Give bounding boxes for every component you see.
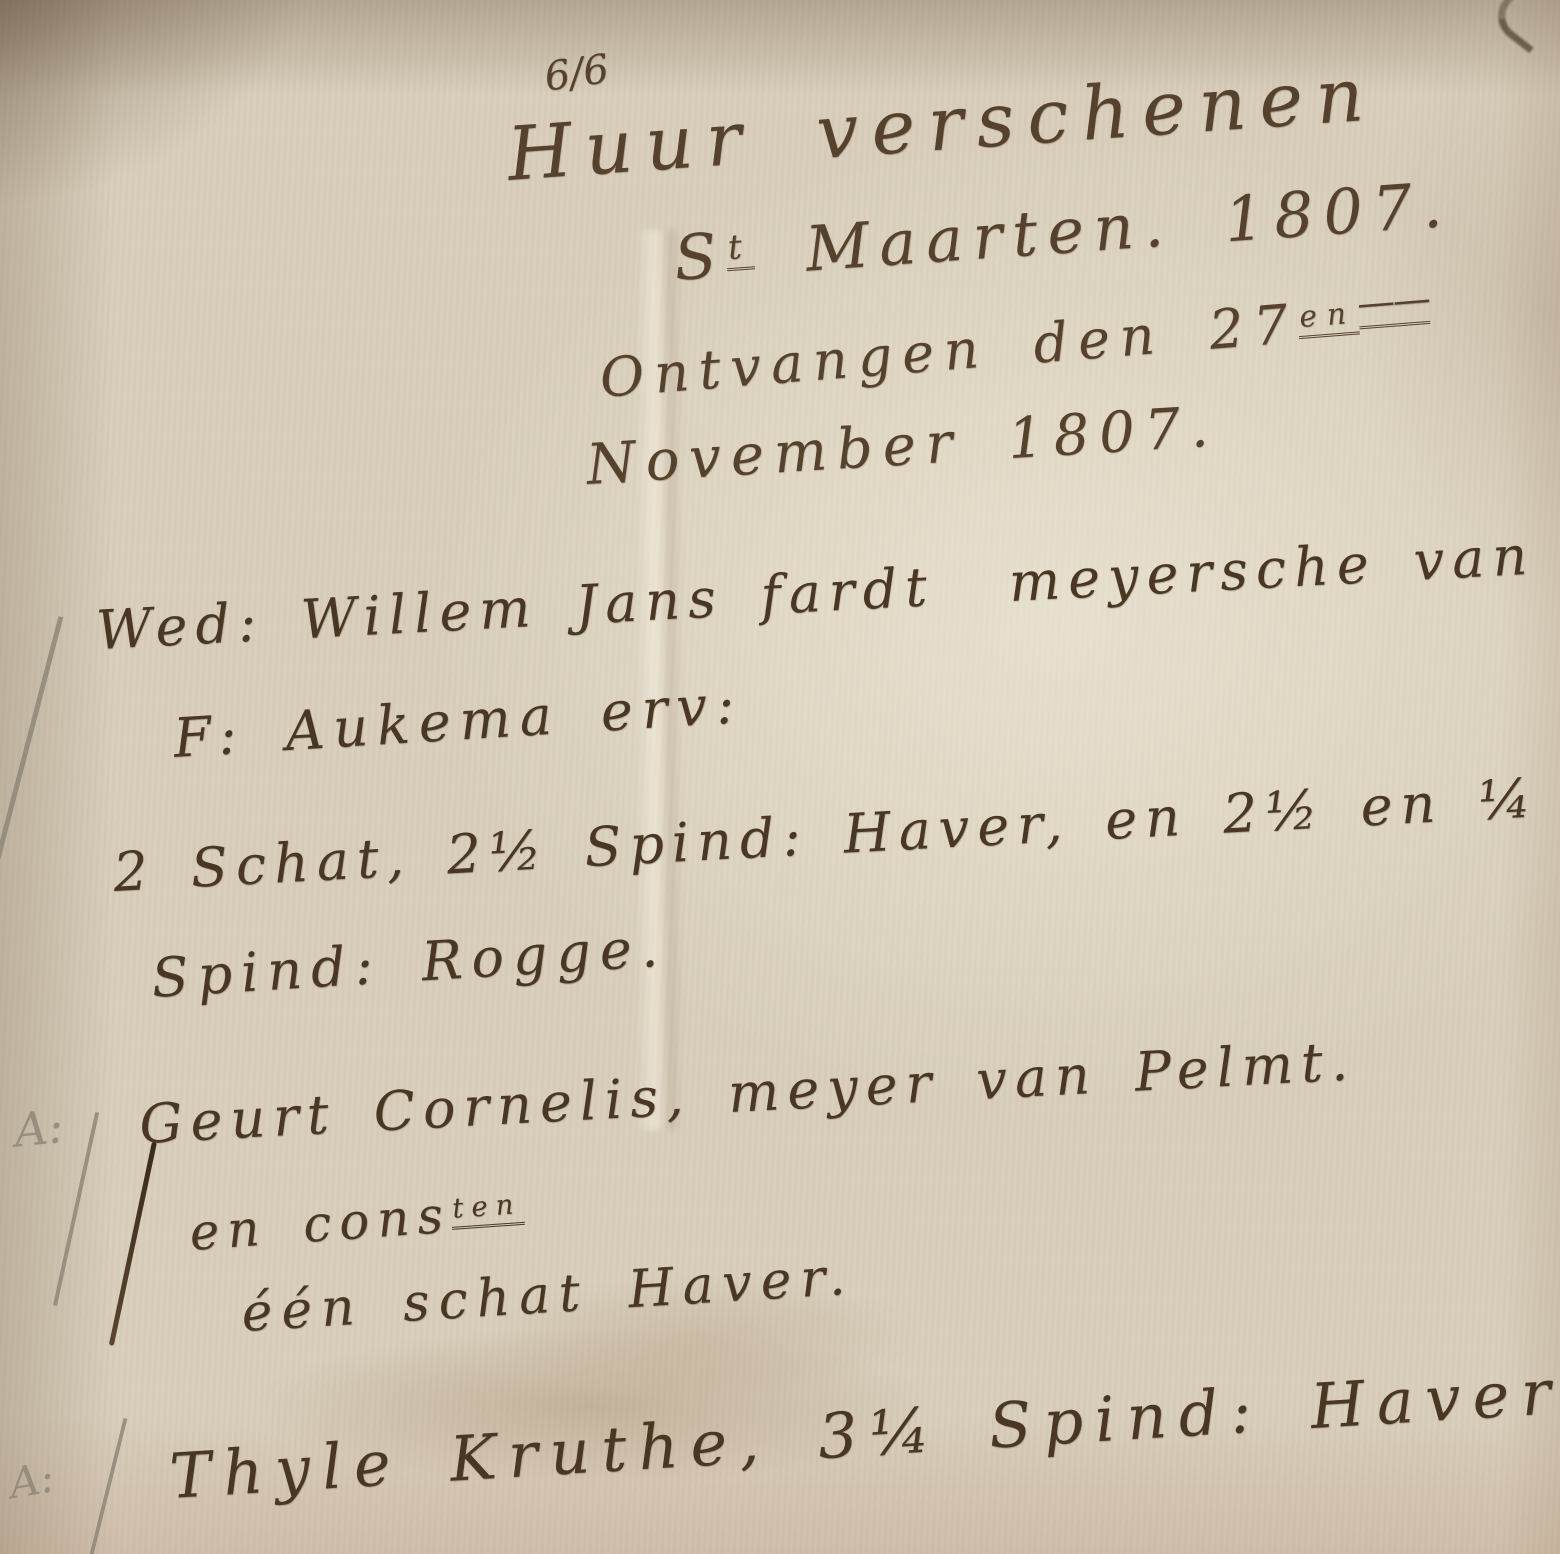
manuscript-page: 6/6 Huur verschenen St Maarten. 1807. On… xyxy=(0,0,1560,1554)
entry-2-line-1: Geurt Cornelis, meyer van Pelmt. xyxy=(138,1034,1357,1152)
entry-3-margin-stroke: | xyxy=(83,1406,136,1554)
header-line-3-text: Ontvangen den 27 xyxy=(598,292,1301,410)
entry-1-line-4: Spind: Rogge. xyxy=(150,921,668,1006)
header-line-2-rest: Maarten. 1807. xyxy=(752,168,1455,290)
folio-mark: 6/6 xyxy=(542,49,611,98)
entry-2-margin-mark: A: xyxy=(12,1103,65,1154)
entry-1-line-3: 2 Schat, 2½ Spind: Haver, en 2½ en ¼ xyxy=(112,771,1540,900)
entry-2-line-3: één schat Haver. xyxy=(240,1251,855,1340)
entry-1-margin-stroke: / xyxy=(0,580,63,912)
superscript-27en: en xyxy=(1296,298,1359,338)
page-corner-fold-mark xyxy=(1488,0,1554,53)
header-line-1: Huur verschenen xyxy=(505,57,1379,192)
superscript-consten: ten xyxy=(449,1191,524,1230)
superscript-st: t xyxy=(725,229,755,271)
header-line-2: St Maarten. 1807. xyxy=(672,174,1454,292)
entry-3-margin-mark: A: xyxy=(6,1456,57,1505)
entry-3-line-1: Thyle Kruthe, 3¼ Spind: Haver. xyxy=(168,1359,1560,1508)
entry-2-line-2: en consten xyxy=(188,1185,526,1262)
entry-1-line-1: Wed: Willem Jans fardt meyersche van — xyxy=(95,523,1560,658)
entry-2-line-2-text: en cons xyxy=(188,1186,453,1262)
header-line-3: Ontvangen den 27en—— xyxy=(598,287,1432,410)
entry-2-ink-descender-stroke xyxy=(109,1141,157,1345)
header-line-2-text: S xyxy=(672,218,729,294)
flourish-dash: —— xyxy=(1356,280,1431,329)
